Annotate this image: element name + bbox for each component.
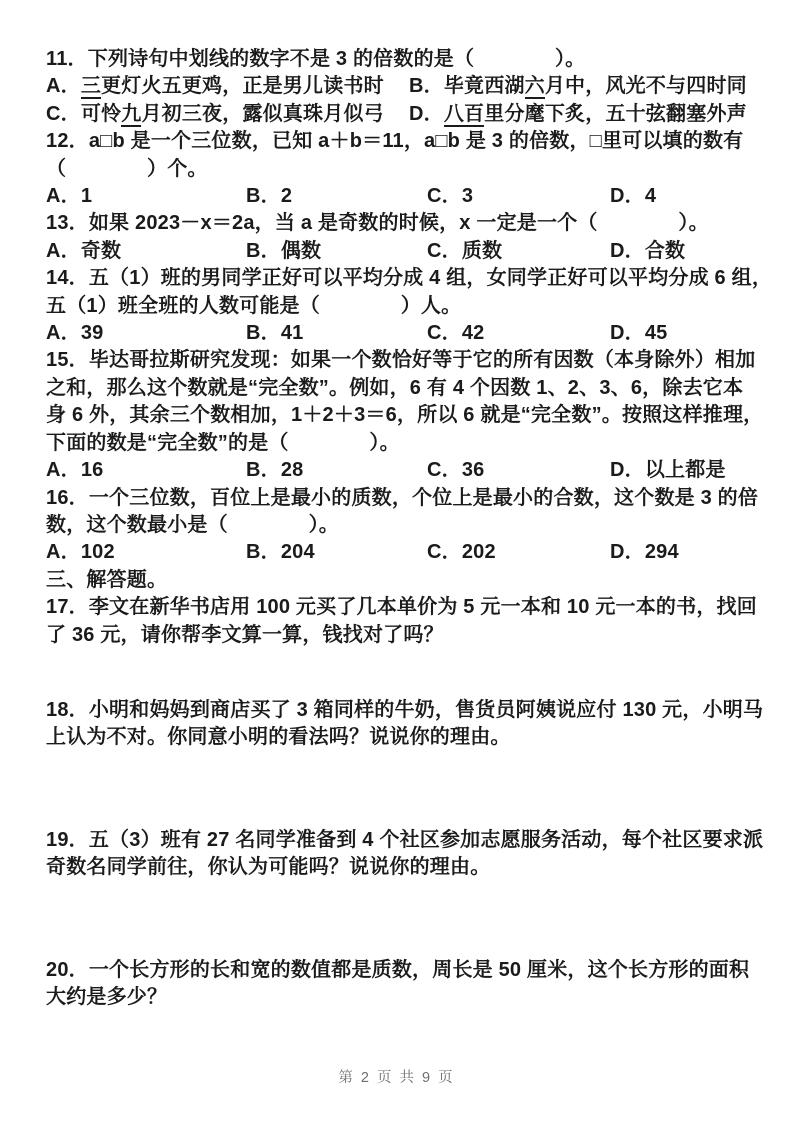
question-15-option-c: C．36 [427, 457, 610, 484]
option-text: D． [409, 103, 444, 125]
question-19-stem-line-2: 奇数名同学前往，你认为可能吗？说说你的理由。 [46, 854, 753, 881]
question-11-option-c: C．可怜九月初三夜，露似真珠月似弓 [46, 101, 409, 128]
option-text: 月中，风光不与四时同 [545, 75, 747, 97]
question-18-stem-line-2: 上认为不对。你同意小明的看法吗？说说你的理由。 [46, 724, 753, 751]
question-11-option-d: D．八百里分麾下炙，五十弦翻塞外声 [409, 101, 753, 128]
question-12-option-b: B．2 [246, 183, 427, 210]
question-17: 17．李文在新华书店用 100 元买了几本单价为 5 元一本和 10 元一本的书… [46, 594, 753, 649]
question-16-stem-line-1: 16．一个三位数，百位上是最小的质数，个位上是最小的合数，这个数是 3 的倍 [46, 485, 753, 512]
question-12-options: A．1 B．2 C．3 D．4 [46, 183, 753, 210]
question-15-option-a: A．16 [46, 457, 246, 484]
underlined-digit-text: 三 [81, 75, 101, 99]
question-20: 20．一个长方形的长和宽的数值都是质数，周长是 50 厘米，这个长方形的面积 大… [46, 957, 753, 1012]
question-14-options: A．39 B．41 C．42 D．45 [46, 320, 753, 347]
option-text: 更灯火五更鸡，正是男儿读书时 [101, 75, 384, 97]
question-15-stem-line-3: 身 6 外，其余三个数相加，1＋2＋3＝6，所以 6 就是“完全数”。按照这样推… [46, 402, 753, 429]
question-15-stem-line-2: 之和，那么这个数就是“完全数”。例如，6 有 4 个因数 1、2、3、6，除去它… [46, 375, 753, 402]
question-14-option-d: D．45 [610, 320, 753, 347]
question-15-option-d: D．以上都是 [610, 457, 753, 484]
page-number-label: 第 2 页 共 9 页 [338, 1070, 454, 1086]
test-paper-page: 11．下列诗句中划线的数字不是 3 的倍数的是（ ）。 A．三更灯火五更鸡，正是… [0, 0, 793, 1122]
question-13-options: A．奇数 B．偶数 C．质数 D．合数 [46, 238, 753, 265]
question-13-option-d: D．合数 [610, 238, 753, 265]
question-11: 11．下列诗句中划线的数字不是 3 的倍数的是（ ）。 A．三更灯火五更鸡，正是… [46, 46, 753, 128]
question-13-option-a: A．奇数 [46, 238, 246, 265]
question-19-stem-line-1: 19．五（3）班有 27 名同学准备到 4 个社区参加志愿服务活动，每个社区要求… [46, 827, 753, 854]
underlined-digit-text: 八百 [444, 103, 484, 127]
question-11-option-a: A．三更灯火五更鸡，正是男儿读书时 [46, 73, 409, 100]
question-12-option-d: D．4 [610, 183, 753, 210]
question-13-option-b: B．偶数 [246, 238, 427, 265]
option-text: 月初三夜，露似真珠月似弓 [141, 103, 383, 125]
question-15-stem-line-1: 15．毕达哥拉斯研究发现：如果一个数恰好等于它的所有因数（本身除外）相加 [46, 347, 753, 374]
underlined-digit-text: 九 [121, 103, 141, 127]
question-15-option-b: B．28 [246, 457, 427, 484]
question-19: 19．五（3）班有 27 名同学准备到 4 个社区参加志愿服务活动，每个社区要求… [46, 827, 753, 882]
question-16: 16．一个三位数，百位上是最小的质数，个位上是最小的合数，这个数是 3 的倍 数… [46, 485, 753, 567]
option-text: B．毕竟西湖 [409, 75, 525, 97]
page-content: 11．下列诗句中划线的数字不是 3 的倍数的是（ ）。 A．三更灯火五更鸡，正是… [0, 0, 793, 1011]
question-17-stem-line-2: 了 36 元，请你帮李文算一算，钱找对了吗？ [46, 622, 753, 649]
question-12-stem-line-2: （ ）个。 [46, 156, 753, 183]
question-11-options-row-1: A．三更灯火五更鸡，正是男儿读书时 B．毕竟西湖六月中，风光不与四时同 [46, 73, 753, 100]
question-18: 18．小明和妈妈到商店买了 3 箱同样的牛奶，售货员阿姨说应付 130 元，小明… [46, 697, 753, 752]
question-14-option-a: A．39 [46, 320, 246, 347]
question-16-option-c: C．202 [427, 539, 610, 566]
question-20-stem-line-1: 20．一个长方形的长和宽的数值都是质数，周长是 50 厘米，这个长方形的面积 [46, 957, 753, 984]
question-16-option-a: A．102 [46, 539, 246, 566]
underlined-digit-text: 六 [525, 75, 545, 99]
question-14: 14．五（1）班的男同学正好可以平均分成 4 组，女同学正好可以平均分成 6 组… [46, 265, 753, 347]
question-11-option-b: B．毕竟西湖六月中，风光不与四时同 [409, 73, 753, 100]
question-13-option-c: C．质数 [427, 238, 610, 265]
question-17-stem-line-1: 17．李文在新华书店用 100 元买了几本单价为 5 元一本和 10 元一本的书… [46, 594, 753, 621]
option-text: A． [46, 75, 81, 97]
question-12: 12．a□b 是一个三位数，已知 a＋b＝11，a□b 是 3 的倍数，□里可以… [46, 128, 753, 210]
question-13: 13．如果 2023－x＝2a，当 a 是奇数的时候，x 一定是一个（ ）。 A… [46, 210, 753, 265]
option-text: C．可怜 [46, 103, 121, 125]
option-text: 里分麾下炙，五十弦翻塞外声 [484, 103, 747, 125]
question-15-options: A．16 B．28 C．36 D．以上都是 [46, 457, 753, 484]
question-16-stem-line-2: 数，这个数最小是（ ）。 [46, 512, 753, 539]
question-18-stem-line-1: 18．小明和妈妈到商店买了 3 箱同样的牛奶，售货员阿姨说应付 130 元，小明… [46, 697, 753, 724]
question-13-stem: 13．如果 2023－x＝2a，当 a 是奇数的时候，x 一定是一个（ ）。 [46, 210, 753, 237]
question-15-stem-line-4: 下面的数是“完全数”的是（ ）。 [46, 430, 753, 457]
question-14-option-c: C．42 [427, 320, 610, 347]
question-16-option-d: D．294 [610, 539, 753, 566]
question-11-stem: 11．下列诗句中划线的数字不是 3 的倍数的是（ ）。 [46, 46, 753, 73]
page-footer: 第 2 页 共 9 页 [0, 1066, 793, 1087]
question-12-option-c: C．3 [427, 183, 610, 210]
question-12-stem-line-1: 12．a□b 是一个三位数，已知 a＋b＝11，a□b 是 3 的倍数，□里可以… [46, 128, 753, 155]
question-20-stem-line-2: 大约是多少？ [46, 984, 753, 1011]
question-16-options: A．102 B．204 C．202 D．294 [46, 539, 753, 566]
question-11-options-row-2: C．可怜九月初三夜，露似真珠月似弓 D．八百里分麾下炙，五十弦翻塞外声 [46, 101, 753, 128]
question-14-option-b: B．41 [246, 320, 427, 347]
section-3-heading: 三、解答题。 [46, 567, 753, 594]
question-14-stem-line-1: 14．五（1）班的男同学正好可以平均分成 4 组，女同学正好可以平均分成 6 组… [46, 265, 753, 292]
question-14-stem-line-2: 五（1）班全班的人数可能是（ ）人。 [46, 293, 753, 320]
question-15: 15．毕达哥拉斯研究发现：如果一个数恰好等于它的所有因数（本身除外）相加 之和，… [46, 347, 753, 484]
question-12-option-a: A．1 [46, 183, 246, 210]
question-16-option-b: B．204 [246, 539, 427, 566]
